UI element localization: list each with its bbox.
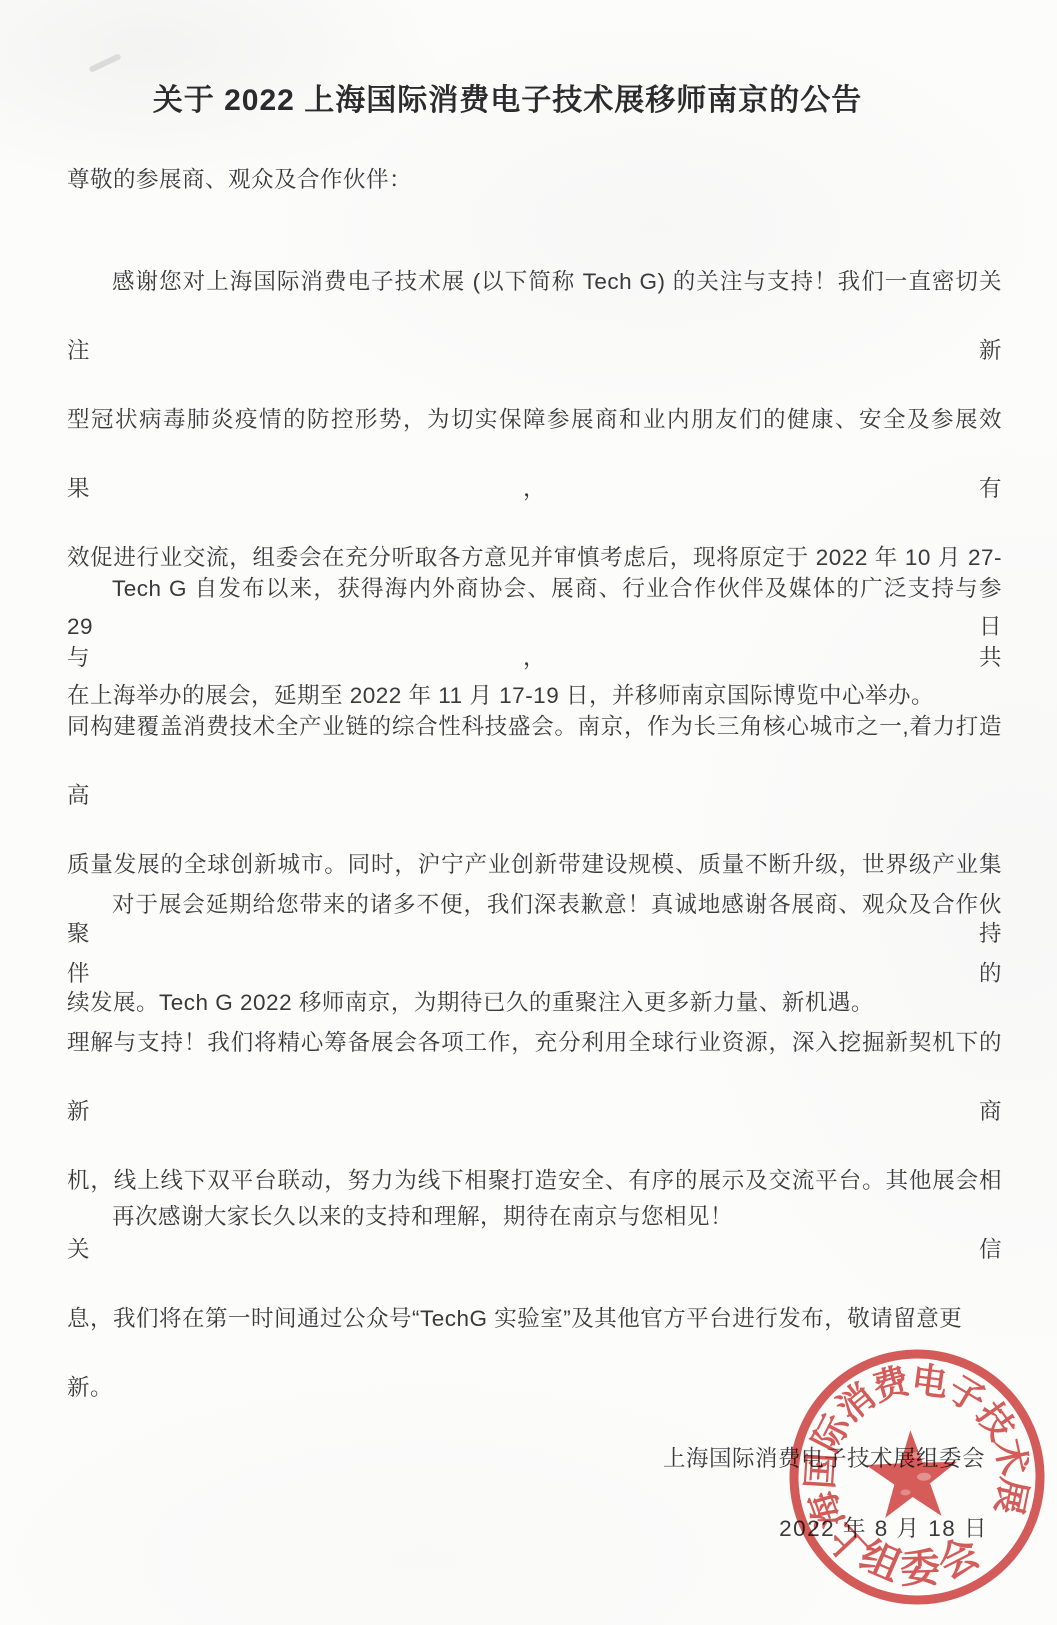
body-line: 型冠状病毒肺炎疫情的防控形势，为切实保障参展商和业内朋友们的健康、安全及参展效果…	[67, 385, 1002, 523]
official-seal: 上海国际消费电子技术展 组委会	[772, 1332, 1057, 1622]
page-title: 关于 2022 上海国际消费电子技术展移师南京的公告	[40, 75, 975, 119]
body-line: 对于展会延期给您带来的诸多不便，我们深表歉意！真诚地感谢各展商、观众及合作伙伴的	[67, 870, 1002, 1008]
scan-smudge	[88, 53, 121, 73]
body-line: 同构建覆盖消费技术全产业链的综合性科技盛会。南京，作为长三角核心城市之一,着力打…	[67, 692, 1002, 830]
closing-paragraph: 再次感谢大家长久以来的支持和理解，期待在南京与您相见！	[67, 1182, 1002, 1251]
body-line: 感谢您对上海国际消费电子技术展 (以下简称 Tech G) 的关注与支持！我们一…	[67, 247, 1002, 385]
salutation-text: 尊敬的参展商、观众及合作伙伴：	[67, 145, 1002, 214]
body-line: Tech G 自发布以来，获得海内外商协会、展商、行业合作伙伴及媒体的广泛支持与…	[67, 554, 1002, 692]
seal-graphic: 上海国际消费电子技术展 组委会	[772, 1332, 1057, 1622]
body-line: 理解与支持！我们将精心筹备展会各项工作，充分利用全球行业资源，深入挖掘新契机下的…	[67, 1008, 1002, 1146]
salutation: 尊敬的参展商、观众及合作伙伴：	[67, 145, 1002, 214]
seal-bottom-text: 组委会	[852, 1528, 987, 1593]
closing-text: 再次感谢大家长久以来的支持和理解，期待在南京与您相见！	[67, 1182, 1002, 1251]
seal-star	[865, 1429, 959, 1519]
